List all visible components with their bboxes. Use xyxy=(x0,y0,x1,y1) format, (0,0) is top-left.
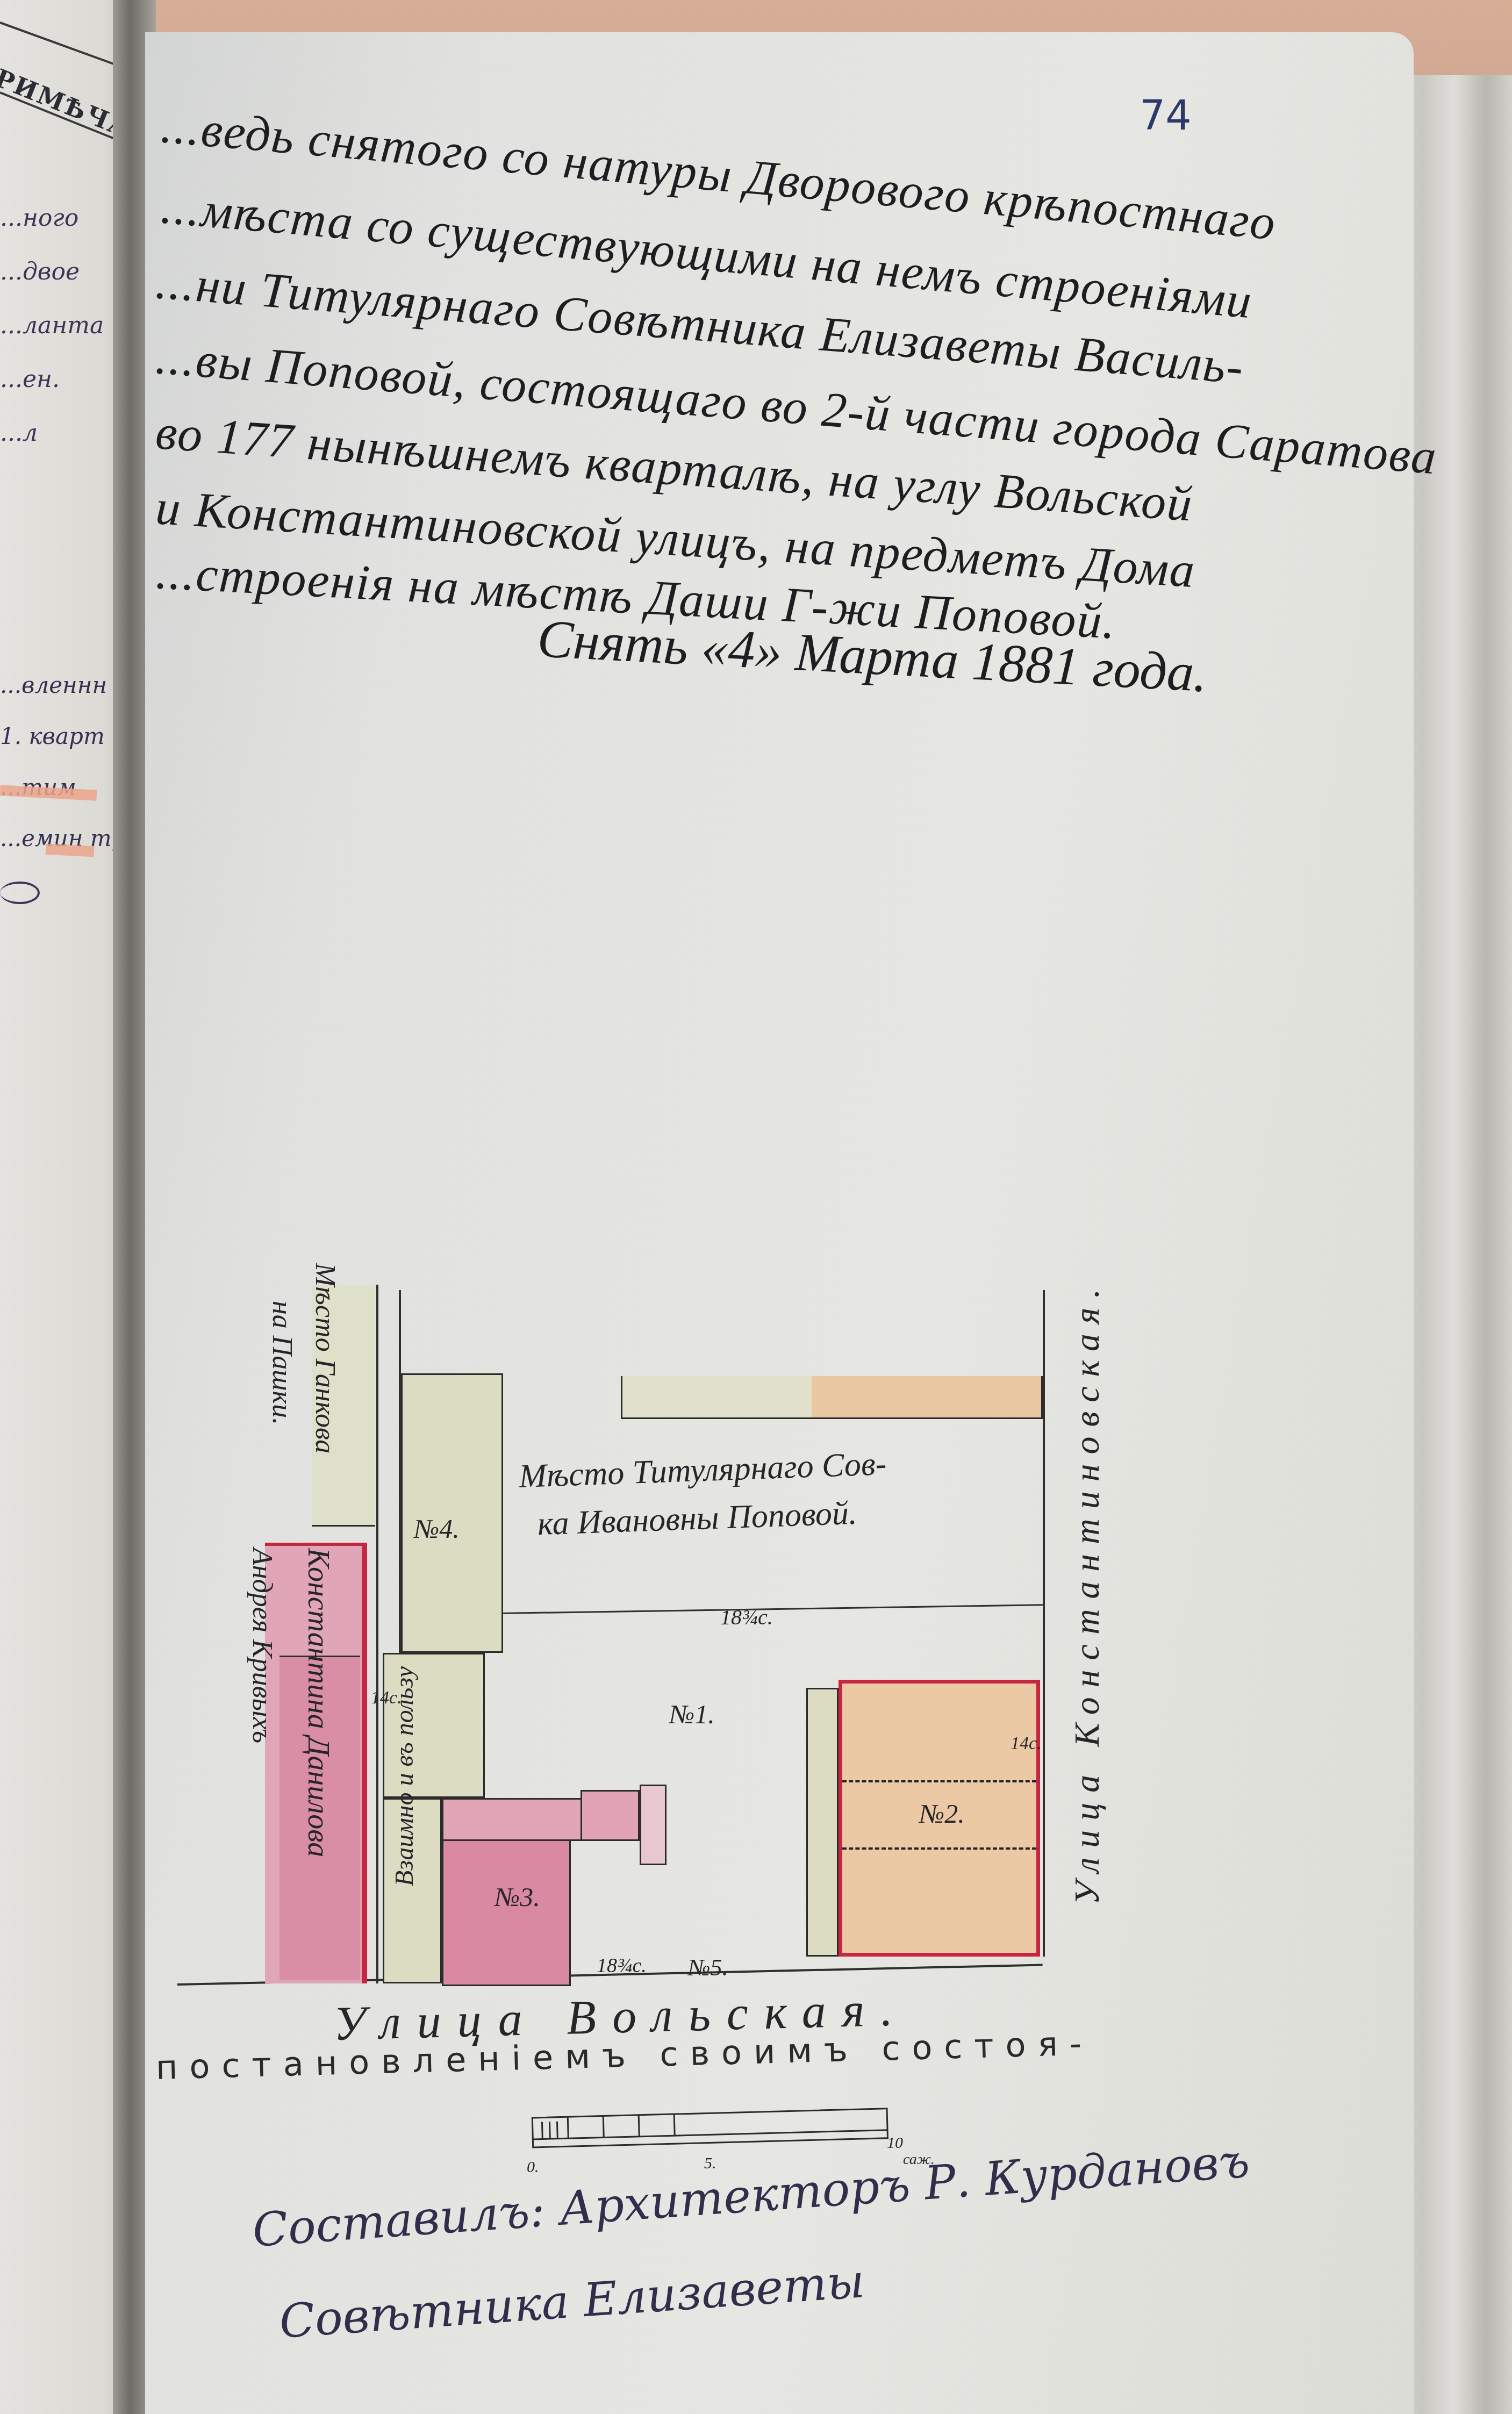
label-building-2: №2. xyxy=(919,1798,965,1829)
page-number: 74 xyxy=(1140,91,1192,139)
label-neighbor-top-left-2: на Пашки. xyxy=(266,1301,298,1425)
margin-note: 1. кварт xyxy=(0,723,113,774)
margin-loop-mark xyxy=(0,882,40,904)
outbuilding-top-yellow xyxy=(621,1376,812,1419)
label-neighbor-left-red: Константина Данилова xyxy=(301,1548,335,1857)
margin-note: ...ен. xyxy=(0,366,118,419)
label-building-5: №5. xyxy=(688,1954,728,1981)
label-dim-top: 18¾с. xyxy=(720,1604,773,1630)
building-3-annex xyxy=(581,1790,640,1841)
scale-tick-0: 0. xyxy=(527,2158,539,2176)
scale-bar: 0. 5. 10 саж. xyxy=(532,2112,887,2150)
street-label-right: Улица Константиновская. xyxy=(1067,1279,1108,1905)
boundary-line-right xyxy=(1043,1290,1045,1957)
margin-note: ...ного xyxy=(0,204,118,258)
label-building-3: №3. xyxy=(495,1881,540,1912)
header-rule-top xyxy=(0,22,117,66)
label-dim-left: 14с. xyxy=(371,1688,402,1708)
building-3-porch xyxy=(640,1785,667,1865)
dashed-line xyxy=(842,1780,1036,1782)
label-neighbor-top-left: Мѣсто Ганкова xyxy=(309,1263,341,1453)
label-dim-bottom: 18¾с. xyxy=(597,1954,647,1978)
margin-note: ...ланта xyxy=(0,312,118,366)
building-2-gallery xyxy=(806,1688,839,1957)
label-neighbor-left-red-2: Андрея Кривыхъ xyxy=(246,1548,278,1743)
margin-note: ...вленнн xyxy=(0,672,113,723)
dashed-line xyxy=(842,1847,1036,1850)
label-building-1: №1. xyxy=(669,1699,715,1730)
margin-note: ...двое xyxy=(0,258,118,312)
boundary-line-left xyxy=(376,1285,378,1983)
margin-notes-top: ...ного ...двое ...ланта ...ен. ...л xyxy=(0,204,118,473)
scale-tick-10: 10 xyxy=(887,2134,903,2152)
building-3-upper xyxy=(442,1798,592,1841)
label-dim-right: 14с. xyxy=(1011,1734,1042,1754)
outbuilding-top-orange xyxy=(812,1376,1043,1419)
margin-note: ...л xyxy=(0,419,118,473)
label-building-4: №4. xyxy=(414,1513,460,1544)
scale-tick-5: 5. xyxy=(704,2154,716,2173)
